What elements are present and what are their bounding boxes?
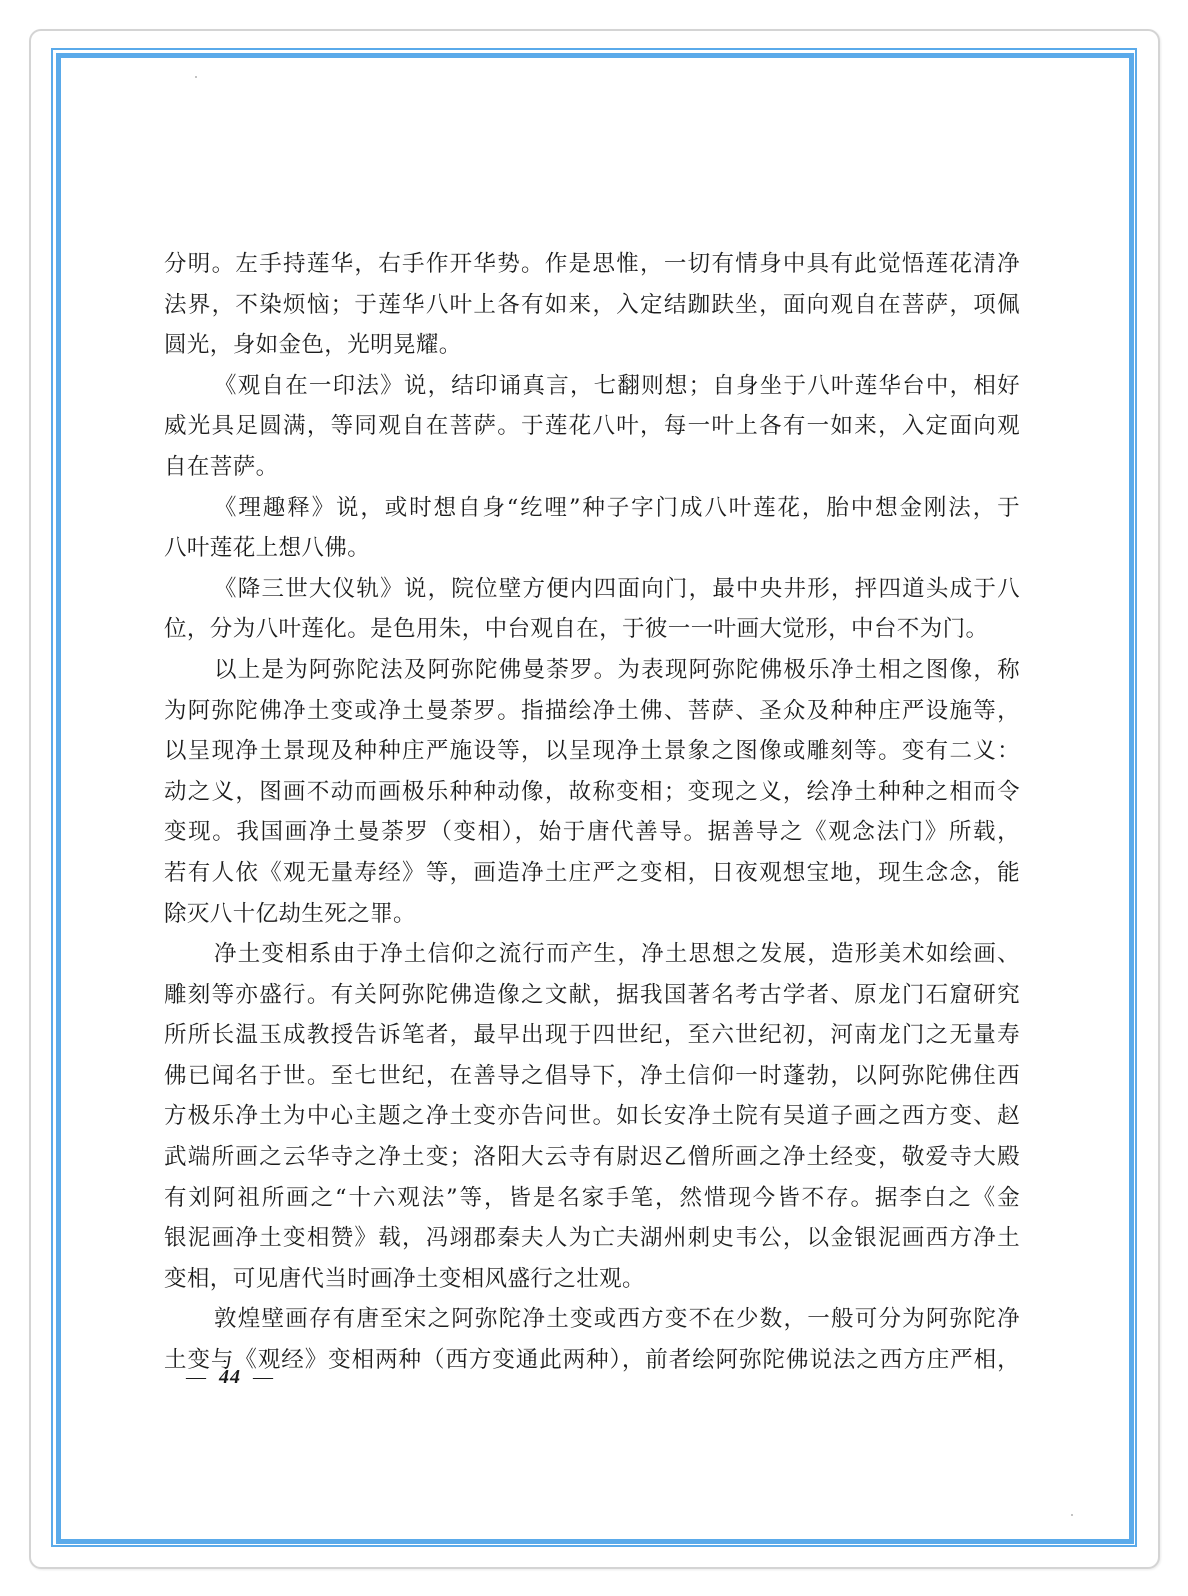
- text-line: 威光具足圆满，等同观自在菩萨。于莲花八叶，每一叶上各有一如来，入定面向观: [164, 406, 1020, 447]
- text-line: 《理趣释》说，或时想自身“纥哩”种子字门成八叶莲花，胎中想金刚法，于: [164, 488, 1020, 529]
- text-line: 《降三世大仪轨》说，院位壁方便内四面向门，最中央井形，抨四道头成于八: [164, 569, 1020, 610]
- page-number-dash-left: —: [186, 1366, 207, 1388]
- text-line: 有刘阿祖所画之“十六观法”等，皆是名家手笔，然惜现今皆不存。据李白之《金: [164, 1178, 1020, 1219]
- text-line: 佛已闻名于世。至七世纪，在善导之倡导下，净土信仰一时蓬勃，以阿弥陀佛住西: [164, 1056, 1020, 1097]
- text-line: 分明。左手持莲华，右手作开华势。作是思惟，一切有情身中具有此觉悟莲花清净: [164, 244, 1020, 285]
- page-number-dash-right: —: [253, 1366, 274, 1388]
- paragraph: 分明。左手持莲华，右手作开华势。作是思惟，一切有情身中具有此觉悟莲花清净法界，不…: [164, 244, 1020, 366]
- text-line: 雕刻等亦盛行。有关阿弥陀佛造像之文献，据我国著名考古学者、原龙门石窟研究: [164, 975, 1020, 1016]
- text-line: 动之义，图画不动而画极乐种种动像，故称变相；变现之义，绘净土种种之相而令: [164, 772, 1020, 813]
- text-line: 以上是为阿弥陀法及阿弥陀佛曼荼罗。为表现阿弥陀佛极乐净土相之图像，称: [164, 650, 1020, 691]
- text-line: 变现。我国画净土曼荼罗（变相），始于唐代善导。据善导之《观念法门》所载，: [164, 812, 1020, 853]
- text-line: 银泥画净土变相赞》载，冯翊郡秦夫人为亡夫湖州刺史韦公，以金银泥画西方净土: [164, 1218, 1020, 1259]
- text-line: 法界，不染烦恼；于莲华八叶上各有如来，入定结跏趺坐，面向观自在菩萨，项佩: [164, 285, 1020, 326]
- text-line: 若有人依《观无量寿经》等，画造净土庄严之变相，日夜观想宝地，现生念念，能: [164, 853, 1020, 894]
- text-line: 圆光，身如金色，光明晃耀。: [164, 325, 1020, 366]
- paragraph: 敦煌壁画存有唐至宋之阿弥陀净土变或西方变不在少数，一般可分为阿弥陀净土变与《观经…: [164, 1299, 1020, 1380]
- paragraph: 《观自在一印法》说，结印诵真言，七翻则想；自身坐于八叶莲华台中，相好威光具足圆满…: [164, 366, 1020, 488]
- text-line: 武端所画之云华寺之净土变；洛阳大云寺有尉迟乙僧所画之净土经变，敬爱寺大殿: [164, 1137, 1020, 1178]
- text-line: 八叶莲花上想八佛。: [164, 528, 1020, 569]
- page-number-value: 44: [219, 1366, 241, 1388]
- text-line: 位，分为八叶莲化。是色用朱，中台观自在，于彼一一叶画大觉形，中台不为门。: [164, 609, 1020, 650]
- paragraph: 《降三世大仪轨》说，院位壁方便内四面向门，最中央井形，抨四道头成于八位，分为八叶…: [164, 569, 1020, 650]
- text-line: 变相，可见唐代当时画净土变相风盛行之壮观。: [164, 1259, 1020, 1300]
- text-line: 所所长温玉成教授告诉笔者，最早出现于四世纪，至六世纪初，河南龙门之无量寿: [164, 1015, 1020, 1056]
- paragraph: 净土变相系由于净土信仰之流行而产生，净土思想之发展，造形美术如绘画、雕刻等亦盛行…: [164, 934, 1020, 1299]
- text-line: 方极乐净土为中心主题之净土变亦告问世。如长安净土院有吴道子画之西方变、赵: [164, 1096, 1020, 1137]
- text-line: 自在菩萨。: [164, 447, 1020, 488]
- text-line: 敦煌壁画存有唐至宋之阿弥陀净土变或西方变不在少数，一般可分为阿弥陀净: [164, 1299, 1020, 1340]
- scan-speck: [1071, 1514, 1073, 1516]
- paragraph: 以上是为阿弥陀法及阿弥陀佛曼荼罗。为表现阿弥陀佛极乐净土相之图像，称为阿弥陀佛净…: [164, 650, 1020, 934]
- text-line: 土变与《观经》变相两种（西方变通此两种），前者绘阿弥陀佛说法之西方庄严相，: [164, 1340, 1020, 1381]
- book-page: 分明。左手持莲华，右手作开华势。作是思惟，一切有情身中具有此觉悟莲花清净法界，不…: [0, 0, 1188, 1596]
- page-number: —44—: [174, 1366, 286, 1389]
- text-line: 净土变相系由于净土信仰之流行而产生，净土思想之发展，造形美术如绘画、: [164, 934, 1020, 975]
- text-line: 为阿弥陀佛净土变或净土曼荼罗。指描绘净土佛、菩萨、圣众及种种庄严设施等，: [164, 691, 1020, 732]
- text-line: 除灭八十亿劫生死之罪。: [164, 894, 1020, 935]
- text-line: 《观自在一印法》说，结印诵真言，七翻则想；自身坐于八叶莲华台中，相好: [164, 366, 1020, 407]
- text-line: 以呈现净土景现及种种庄严施设等，以呈现净土景象之图像或雕刻等。变有二义：: [164, 731, 1020, 772]
- scan-speck: [195, 76, 197, 78]
- body-text: 分明。左手持莲华，右手作开华势。作是思惟，一切有情身中具有此觉悟莲花清净法界，不…: [164, 244, 1020, 1381]
- paragraph: 《理趣释》说，或时想自身“纥哩”种子字门成八叶莲花，胎中想金刚法，于八叶莲花上想…: [164, 488, 1020, 569]
